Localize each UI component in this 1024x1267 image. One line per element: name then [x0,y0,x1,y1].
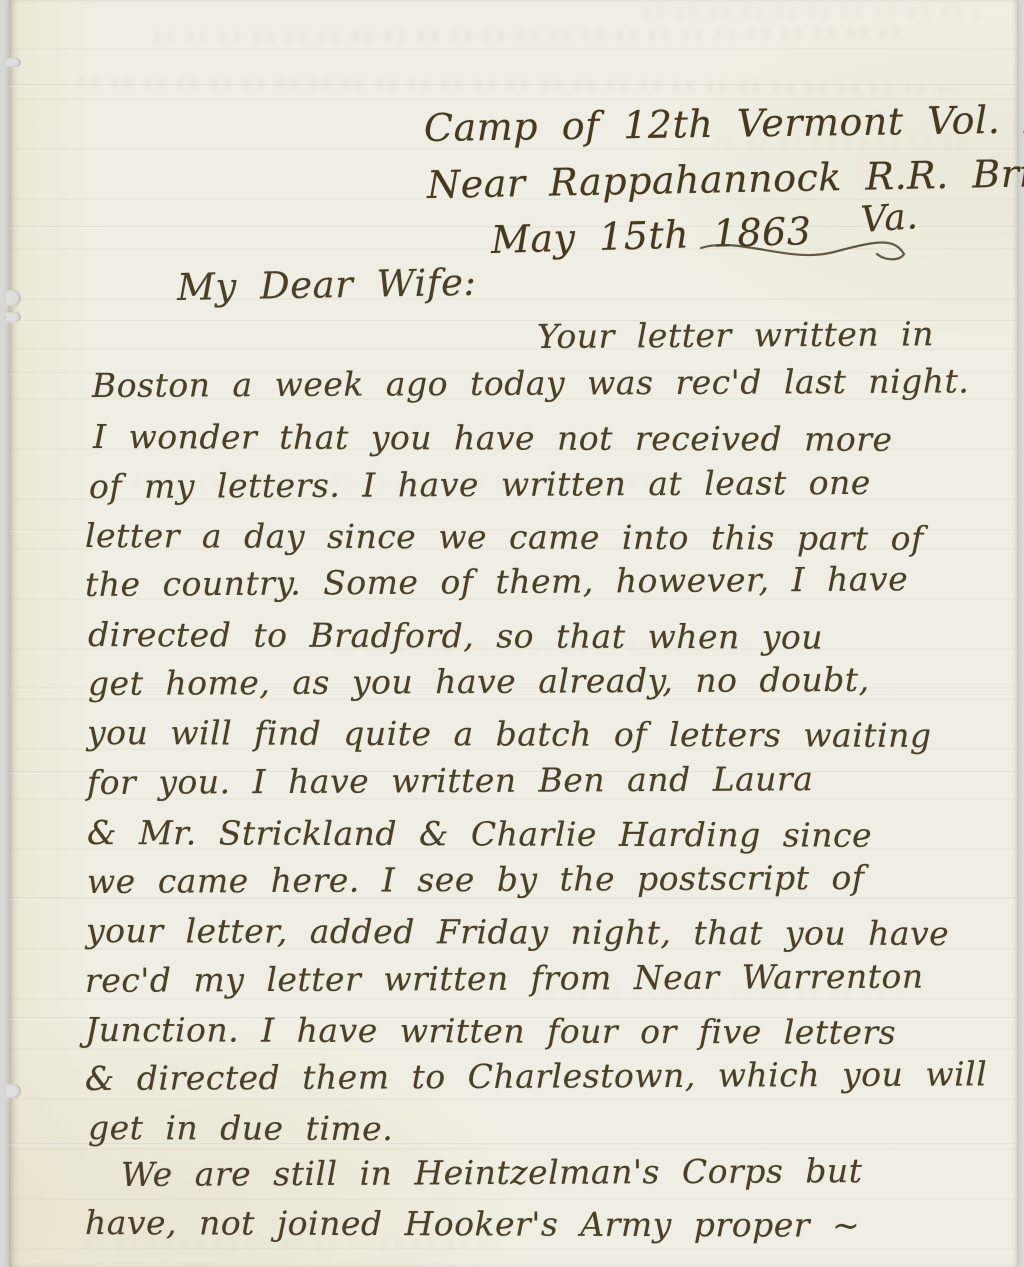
letter-line-7: directed to Bradford, so that when you [88,615,823,657]
letter-heading-line-1: Camp of 12th Vermont Vol. M. [424,97,1024,150]
letter-line-5: letter a day since we came into this par… [85,516,924,558]
letter-line-2: Boston a week ago today was rec'd last n… [92,361,969,405]
letter-line-16: & directed them to Charlestown, which yo… [85,1054,987,1098]
letter-line-9: you will find quite a batch of letters w… [87,713,932,755]
paper-edge-notch [6,290,21,306]
paper-edge-notch [6,312,21,322]
letter-line-14: rec'd my letter written from Near Warren… [85,957,924,1000]
letter-line-6: the country. Some of them, however, I ha… [85,559,908,604]
letter-line-3: I wonder that you have not received more [93,417,893,459]
letter-line-4: of my letters. I have written at least o… [89,463,871,506]
letter-line-12: we came here. I see by the postscript of [87,858,865,901]
letter-line-18: We are still in Heintzelman's Corps but [121,1151,863,1194]
letter-line-13: your letter, added Friday night, that yo… [86,911,949,953]
letter-line-1: Your letter written in [537,314,934,356]
letter-line-10: for you. I have written Ben and Laura [87,759,814,802]
letter-salutation: My Dear Wife: [177,261,477,309]
paper-edge-notch [6,1084,21,1098]
bleedthrough-writing [74,77,954,94]
bleedthrough-writing [639,8,979,19]
letter-date: May 15th 1863 [490,209,812,262]
scan-background: Camp of 12th Vermont Vol. M. Near Rappah… [0,0,1024,1267]
crease-line [9,84,1017,87]
letter-line-8: get home, as you have already, no doubt, [88,660,870,703]
letter-line-11: & Mr. Strickland & Charlie Harding since [87,813,872,855]
paper-edge-notch [6,58,21,67]
bleedthrough-writing [149,27,909,45]
letter-line-15: Junction. I have written four or five le… [85,1010,896,1052]
letter-heading-line-2: Near Rappahannock R.R. Bridge [427,150,1024,207]
letter-heading-state: Va. [860,196,920,241]
letter-line-17: get in due time. [88,1108,393,1148]
letter-page: Camp of 12th Vermont Vol. M. Near Rappah… [9,0,1017,1267]
letter-line-19: have, not joined Hooker's Army proper ~ [85,1203,860,1245]
